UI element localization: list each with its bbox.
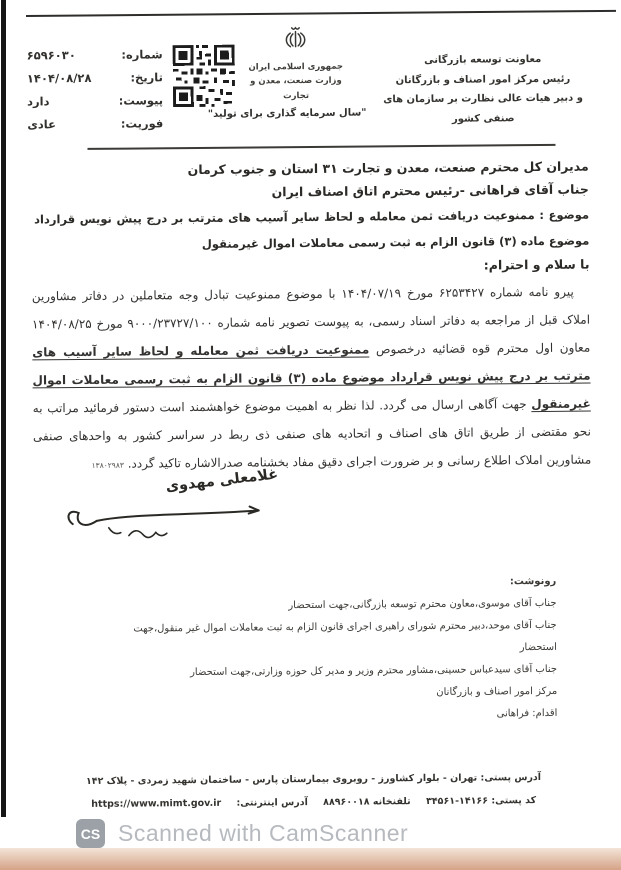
letter-date-row: تاریخ: ۱۴۰۴/۰۸/۲۸ <box>27 70 163 85</box>
recipient-line: جناب آقای فراهانی -رئیس محترم اتاق اصناف… <box>38 178 589 206</box>
letter-meta-block: شماره: ۶۵۹۶۰۳۰ تاریخ: ۱۴۰۴/۰۸/۲۸ پیوست: … <box>27 47 164 140</box>
date-label: تاریخ: <box>130 70 163 84</box>
urgency-value: عادی <box>27 117 56 131</box>
recipients-block: مدیران کل محترم صنعت، معدن و تجارت ۳۱ اس… <box>38 155 589 206</box>
cc-item: اقدام: فراهانی <box>107 703 557 729</box>
body-text-part2: جهت آگاهی ارسال می گردد. لذا نظر به اهمی… <box>33 397 592 470</box>
letter-number-row: شماره: ۶۵۹۶۰۳۰ <box>27 47 163 62</box>
sender-org-line: رئیس مرکز امور اصناف و بازرگانان <box>374 69 592 90</box>
letter-attachment-row: پیوست: دارد <box>27 93 163 108</box>
phone-number: تلفنخانه ۸۸۹۶۰۰۱۸ <box>323 796 411 808</box>
signature-block: غلامعلی مهدوی <box>62 462 293 564</box>
website-url: https://www.mimt.gov.ir <box>91 798 221 810</box>
cc-block: رونوشت: جناب آقای موسوی،معاون محترم توسع… <box>106 571 557 729</box>
iran-emblem-icon <box>280 22 310 56</box>
country-name: جمهوری اسلامی ایران <box>237 60 355 75</box>
camscanner-text: Scanned with CamScanner <box>118 820 408 847</box>
sender-org-block: معاونت توسعه بازرگانی رئیس مرکز امور اصن… <box>374 50 593 130</box>
camscanner-watermark-bar: CS Scanned with CamScanner <box>0 817 621 850</box>
year-slogan: "سال سرمایه گذاری برای تولید" <box>205 107 369 119</box>
number-value: ۶۵۹۶۰۳۰ <box>27 48 76 62</box>
letter-urgency-row: فوریت: عادی <box>27 116 163 131</box>
footer-contact-block: آدرس پستی: تهران - بلوار کشاورز - روبروی… <box>43 772 584 811</box>
subject-text: ممنوعیت دریافت ثمن معامله و لحاظ سایر آس… <box>34 208 589 251</box>
photo-background-strip <box>0 848 621 870</box>
scan-left-edge <box>1 0 6 845</box>
website-label: آدرس اینترنتی: <box>236 797 307 809</box>
letter-body: پیرو نامه شماره ۶۲۵۳۴۲۷ مورخ ۱۴۰۴/۰۷/۱۹ … <box>32 279 592 480</box>
cc-item: مرکز امور اصناف و بازرگانان <box>107 681 557 707</box>
subject-label: موضوع : <box>539 208 589 222</box>
sender-org-line: و دبیر هیات عالی نظارت بر سازمان های صنف… <box>374 89 592 130</box>
postal-address: آدرس پستی: تهران - بلوار کشاورز - روبروی… <box>43 772 584 788</box>
footer-contact-line: کد پستی: ۱۴۱۶۶-۳۴۵۶۱ تلفنخانه ۸۸۹۶۰۰۱۸ آ… <box>43 795 584 811</box>
attachment-value: دارد <box>27 94 49 108</box>
camscanner-icon: CS <box>76 819 105 848</box>
sender-org-line: معاونت توسعه بازرگانی <box>374 50 592 71</box>
qr-code <box>173 45 236 108</box>
postal-code: کد پستی: ۱۴۱۶۶-۳۴۵۶۱ <box>426 795 536 807</box>
subject-line: موضوع : ممنوعیت دریافت ثمن معامله و لحاظ… <box>34 203 589 260</box>
date-value: ۱۴۰۴/۰۸/۲۸ <box>27 71 92 86</box>
ministry-identity-block: جمهوری اسلامی ایران وزارت صنعت، معدن و ت… <box>236 22 355 104</box>
attachment-label: پیوست: <box>119 93 163 107</box>
cc-item: جناب آقای موحد،دبیر محترم شورای راهبری ا… <box>107 615 557 663</box>
scanned-letter-page: شماره: ۶۵۹۶۰۳۰ تاریخ: ۱۴۰۴/۰۸/۲۸ پیوست: … <box>0 0 621 870</box>
letterhead-divider <box>87 144 555 150</box>
urgency-label: فوریت: <box>121 116 164 130</box>
handwritten-signature <box>62 486 273 558</box>
salutation: با سلام و احترام: <box>484 257 590 273</box>
ministry-name: وزارت صنعت، معدن و تجارت <box>237 74 355 104</box>
number-label: شماره: <box>121 47 162 61</box>
